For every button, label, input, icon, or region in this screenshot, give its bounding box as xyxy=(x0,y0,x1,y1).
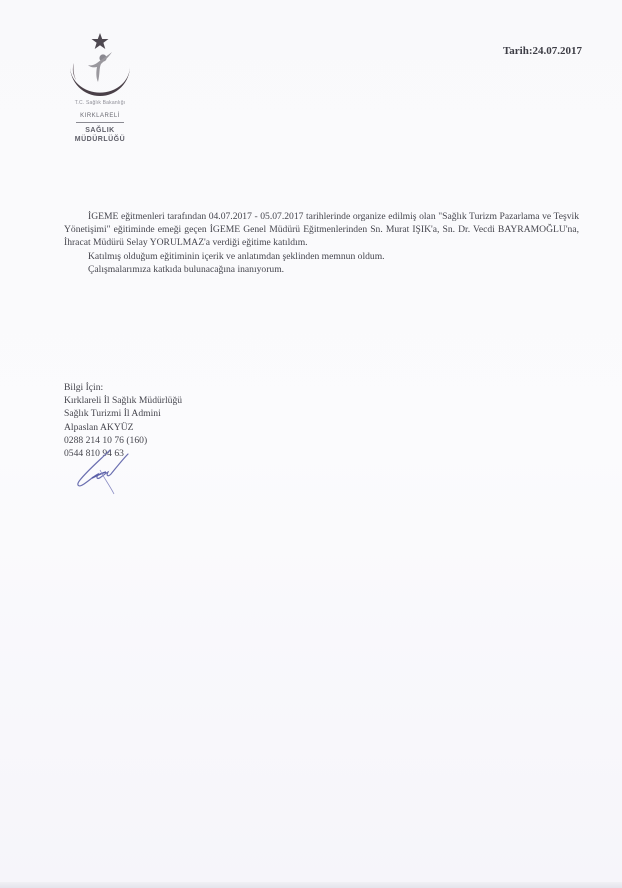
document-date: Tarih:24.07.2017 xyxy=(503,45,582,57)
body-paragraph-1: İGEME eğitmenleri tarafından 04.07.2017 … xyxy=(64,210,579,250)
body-paragraph-2: Katılmış olduğum eğitiminin içerik ve an… xyxy=(64,250,579,263)
logo-ministry-text: T.C. Sağlık Bakanlığı xyxy=(52,100,148,106)
contact-phone-1: 0288 214 10 76 (160) xyxy=(64,434,182,447)
signature xyxy=(70,448,150,501)
scan-bottom-edge xyxy=(0,882,622,888)
logo-title-line1: SAĞLIK xyxy=(52,126,148,135)
star-crescent-emblem-icon xyxy=(56,30,144,100)
document-page: T.C. Sağlık Bakanlığı KIRKLARELİ SAĞLIK … xyxy=(0,0,622,888)
contact-organization: Kırklareli İl Sağlık Müdürlüğü xyxy=(64,394,182,407)
logo-title-line2: MÜDÜRLÜĞÜ xyxy=(52,135,148,144)
signature-icon xyxy=(70,448,150,496)
contact-label: Bilgi İçin: xyxy=(64,381,182,394)
contact-name: Alpaslan AKYÜZ xyxy=(64,421,182,434)
letter-body: İGEME eğitmenleri tarafından 04.07.2017 … xyxy=(64,210,579,276)
logo-title: SAĞLIK MÜDÜRLÜĞÜ xyxy=(52,126,148,144)
ministry-logo: T.C. Sağlık Bakanlığı KIRKLARELİ SAĞLIK … xyxy=(52,30,148,155)
logo-divider xyxy=(76,122,124,123)
body-paragraph-3: Çalışmalarımıza katkıda bulunacağına ina… xyxy=(64,263,579,276)
logo-city-text: KIRKLARELİ xyxy=(52,113,148,119)
contact-role: Sağlık Turizmi İl Admini xyxy=(64,407,182,420)
